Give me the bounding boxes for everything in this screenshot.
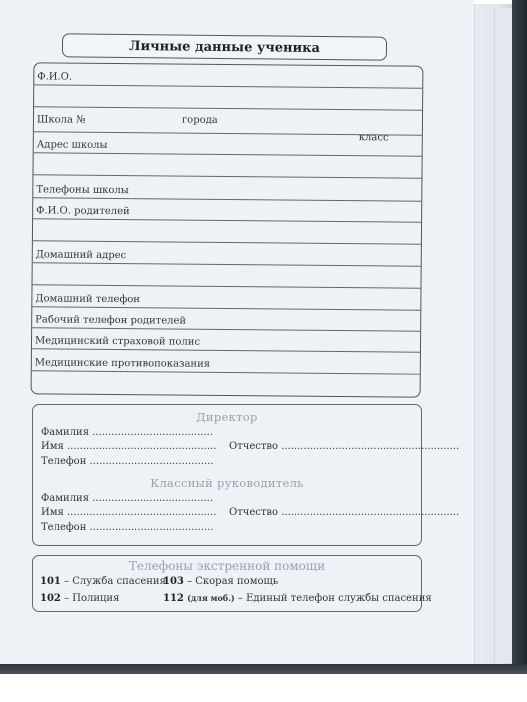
page-title: Личные данные ученика: [129, 39, 320, 56]
emergency-number: 101: [40, 576, 61, 587]
field-label: Домашний телефон: [35, 293, 140, 305]
teacher-phone-field[interactable]: Телефон ................................…: [41, 522, 214, 533]
field-label: Медицинский страховой полис: [35, 335, 200, 347]
teacher-name-field[interactable]: Имя ....................................…: [41, 507, 216, 518]
page-title-box: Личные данные ученика: [62, 33, 387, 60]
emergency-item: 101 – Служба спасения: [40, 576, 166, 587]
director-surname-field[interactable]: Фамилия ................................…: [41, 427, 213, 438]
emergency-header: Телефоны экстренной помощи: [33, 559, 421, 573]
emergency-item: 103 – Скорая помощь: [163, 576, 278, 587]
field-medical-contraindications[interactable]: Медицинские противопоказания: [32, 348, 420, 374]
emergency-label: – Полиция: [64, 593, 119, 604]
field-label: Домашний адрес: [36, 249, 126, 261]
class-teacher-header: Классный руководитель: [33, 476, 421, 490]
teacher-patronymic-field[interactable]: Отчество ...............................…: [229, 507, 459, 518]
field-label: города: [182, 115, 218, 126]
field-label: Ф.И.О.: [37, 71, 72, 82]
book-cover-bottom: [0, 664, 527, 674]
staff-contacts-box: Директор Фамилия .......................…: [32, 404, 422, 546]
emergency-note: (для моб.): [187, 593, 235, 603]
field-label: Ф.И.О. родителей: [36, 205, 130, 217]
field-label: Адрес школы: [37, 139, 108, 151]
student-data-form: Ф.И.О. Школа № города класс Адрес школы …: [31, 62, 424, 397]
director-patronymic-field[interactable]: Отчество ...............................…: [229, 441, 459, 452]
emergency-item: 112 (для моб.) – Единый телефон службы с…: [163, 593, 432, 604]
director-phone-field[interactable]: Телефон ................................…: [41, 456, 214, 467]
page-stack-edge-inner: [494, 8, 513, 663]
emergency-label: – Служба спасения: [64, 576, 166, 587]
teacher-surname-field[interactable]: Фамилия ................................…: [41, 493, 213, 504]
field-label: Школа №: [37, 114, 86, 125]
emergency-number: 103: [163, 576, 184, 587]
director-name-field[interactable]: Имя ....................................…: [41, 441, 216, 452]
emergency-label: – Единый телефон службы спасения: [238, 593, 432, 604]
field-label: Телефоны школы: [36, 184, 128, 196]
emergency-label: – Скорая помощь: [187, 576, 278, 587]
emergency-number: 102: [40, 593, 61, 604]
field-label: Медицинские противопоказания: [35, 357, 210, 370]
emergency-item: 102 – Полиция: [40, 593, 119, 604]
book-cover-right: [512, 0, 527, 668]
emergency-number: 112: [163, 593, 184, 604]
emergency-phones-box: Телефоны экстренной помощи 101 – Служба …: [32, 555, 422, 612]
director-header: Директор: [33, 410, 421, 424]
field-label: Рабочий телефон родителей: [35, 314, 186, 326]
